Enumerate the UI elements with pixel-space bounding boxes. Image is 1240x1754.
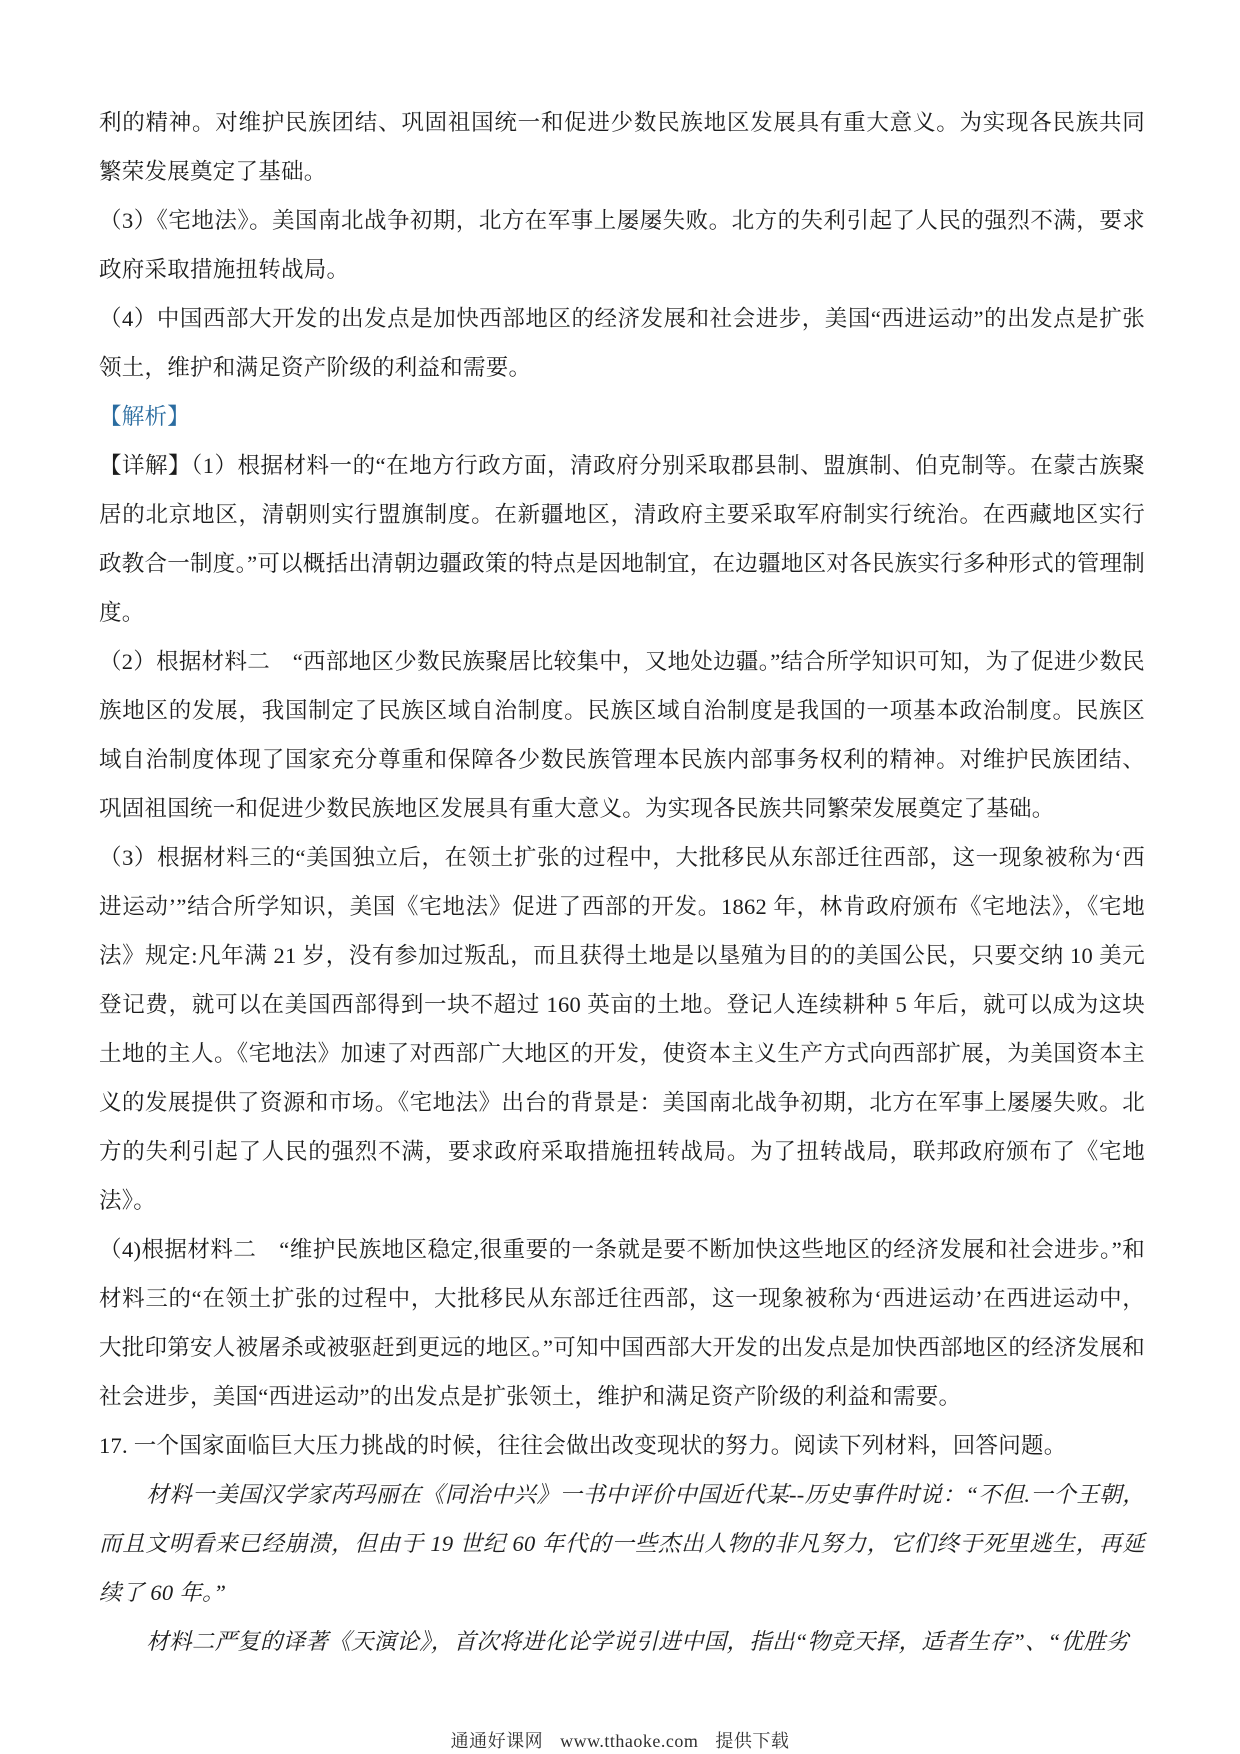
document-page: 利的精神。对维护民族团结、巩固祖国统一和促进少数民族地区发展具有重大意义。为实现… — [0, 0, 1240, 1754]
paragraph-question-17: 17. 一个国家面临巨大压力挑战的时候，往往会做出改变现状的努力。阅读下列材料，… — [99, 1421, 1145, 1470]
paragraph-answer-3: （3）《宅地法》。美国南北战争初期，北方在军事上屡屡失败。北方的失利引起了人民的… — [99, 196, 1145, 294]
footer-watermark: 通通好课网 www.tthaoke.com 提供下载 — [0, 1727, 1240, 1753]
footer-site-name: 通通好课网 — [451, 1731, 544, 1751]
footer-suffix: 提供下载 — [715, 1731, 789, 1751]
footer-url: www.tthaoke.com — [560, 1731, 698, 1751]
paragraph-answer-continuation: 利的精神。对维护民族团结、巩固祖国统一和促进少数民族地区发展具有重大意义。为实现… — [99, 98, 1145, 196]
paragraph-answer-4: （4）中国西部大开发的出发点是加快西部地区的经济发展和社会进步，美国“西进运动”… — [99, 294, 1145, 392]
paragraph-detail-2: （2）根据材料二 “西部地区少数民族聚居比较集中，又地处边疆。”结合所学知识可知… — [99, 637, 1145, 833]
paragraph-detail-4: （4)根据材料二 “维护民族地区稳定,很重要的一条就是要不断加快这些地区的经济发… — [99, 1225, 1145, 1421]
analysis-label: 【解析】 — [99, 392, 1145, 441]
paragraph-material-1: 材料一美国汉学家芮玛丽在《同治中兴》一书中评价中国近代某--历史事件时说：“不但… — [99, 1470, 1145, 1617]
paragraph-material-2: 材料二严复的译著《天演论》，首次将进化论学说引进中国，指出“物竞天择，适者生存”… — [99, 1617, 1145, 1666]
paragraph-detail-3: （3）根据材料三的“美国独立后，在领土扩张的过程中，大批移民从东部迁往西部，这一… — [99, 833, 1145, 1225]
document-body: 利的精神。对维护民族团结、巩固祖国统一和促进少数民族地区发展具有重大意义。为实现… — [99, 98, 1145, 1666]
paragraph-detail-1: 【详解】（1）根据材料一的“在地方行政方面，清政府分别采取郡县制、盟旗制、伯克制… — [99, 441, 1145, 637]
